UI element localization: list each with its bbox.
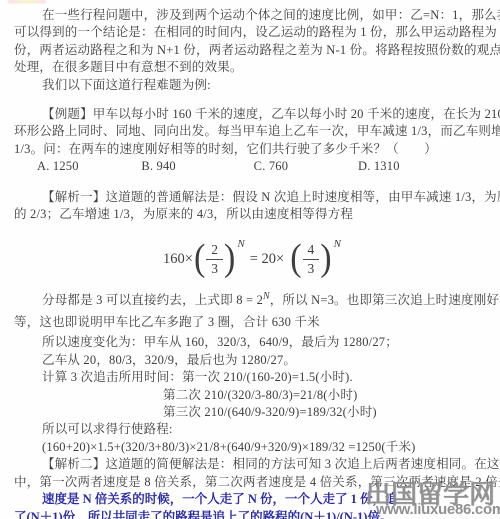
conclusion-line: 了(N＋1)份，所以共同走了的路程是追上了的路程的(N＋1)/(N-1)倍。 [14,509,490,519]
example-line: 环形公路上同时、同地、同向出发。每当甲车追上乙车一次，甲车减速 1/3，而乙车则… [14,123,490,140]
example-line: 【例题】甲车以每小时 160 千米的速度，乙车以每小时 20 千米的速度，在长为… [14,106,490,123]
answer-options-row: A. 1250 B. 940 C. 760 D. 1310 [14,158,490,175]
analysis1-line: 的 2/3；乙车增速 1/3，为原来的 4/3，所以由速度相等得方程 [14,206,490,223]
option-a: A. 1250 [37,158,138,175]
equation-lhs-coefficient: 160× [163,251,193,268]
cropped-text-artifact [8,0,46,3]
analysis2-line: 中，第一次两者速度是 8 倍关系，第二次两者速度是 4 倍关系，第三次两者速度是… [14,474,490,491]
equation-rhs-coefficient: = 20× [250,251,284,268]
conclusion-line: 速度是 N 倍关系的时候，一个人走了 N 份，一个人走了 1 份，追 [14,491,490,508]
speed-equality-equation: 160× ( 2 3 ) N = 20× ( 4 3 ) N [14,233,490,285]
analysis1-line: 【解析一】这道题的普通解法是：假设 N 次追上时速度相等，由甲车减速 1/3，为… [14,189,490,206]
intro-line: 我们以下面这道行程难题为例: [14,77,490,94]
analysis1-line: 乙车从 20，80/3，320/9，最后也为 1280/27。 [14,352,490,369]
analysis1-distance-formula: (160+20)×1.5+(320/3+80/3)×21/8+(640/9+32… [14,439,490,456]
exponent-n: N [263,291,270,302]
highlighted-conclusion: 速度是 N 倍关系的时候，一个人走了 N 份，一个人走了 1 份，追 了(N＋1… [14,491,490,519]
analysis1-line: 计算 3 次追击所用时间：第一次 210/(160-20)=1.5(小时). [14,369,490,386]
option-c: C. 760 [254,158,355,175]
analysis1-line: 等，这也即说明甲车比乙车多跑了 3 圈，合计 630 千米 [14,314,490,331]
document-page: 在一些行程问题中，涉及到两个运动个体之间的速度比例，如甲：乙=N：1，那么我们 … [0,0,500,519]
intro-line: 在一些行程问题中，涉及到两个运动个体之间的速度比例，如甲：乙=N：1，那么我们 [14,7,490,24]
analysis1-line: 第三次 210/(640/9-320/9)=189/32(小时) [14,404,490,421]
analysis1-simplify-line: 分母都是 3 可以直接约去，上式即 8 = 2N，所以 N=3。也即第三次追上时… [14,288,490,310]
analysis2-line: 【解析二】这道题的简便解法是：相同的方法可知 3 次追上后两者速度相同。在这过程 [14,456,490,473]
analysis1-line: 所以速度变化为：甲车从 160，320/3，640/9，最后为 1280/27； [14,334,490,351]
analysis1-line: 所以可以求得行使路程: [14,421,490,438]
intro-line: 份，两者运动路程之和为 N+1 份，两者运动路程之差为 N-1 份。将路程按照份… [14,42,490,59]
example-line: 1/3。问：在两车的速度刚好相等的时刻，它们共行驶了多少千米？（ ） [14,141,490,158]
fraction-two-thirds-power: ( 2 3 ) N [193,242,245,276]
option-b: B. 940 [141,158,250,175]
fraction-four-thirds-power: ( 4 3 ) N [289,242,341,276]
intro-line: 可以得到的一个结论是：在相同的时间内，设乙运动的路程为 1 份，那么甲运动路程为… [14,24,490,41]
intro-line: 处理，在很多题目中有意想不到的效果。 [14,59,490,76]
option-d: D. 1310 [358,158,400,175]
analysis1-line: 第二次 210/(320/3-80/3)=21/8(小时) [14,387,490,404]
